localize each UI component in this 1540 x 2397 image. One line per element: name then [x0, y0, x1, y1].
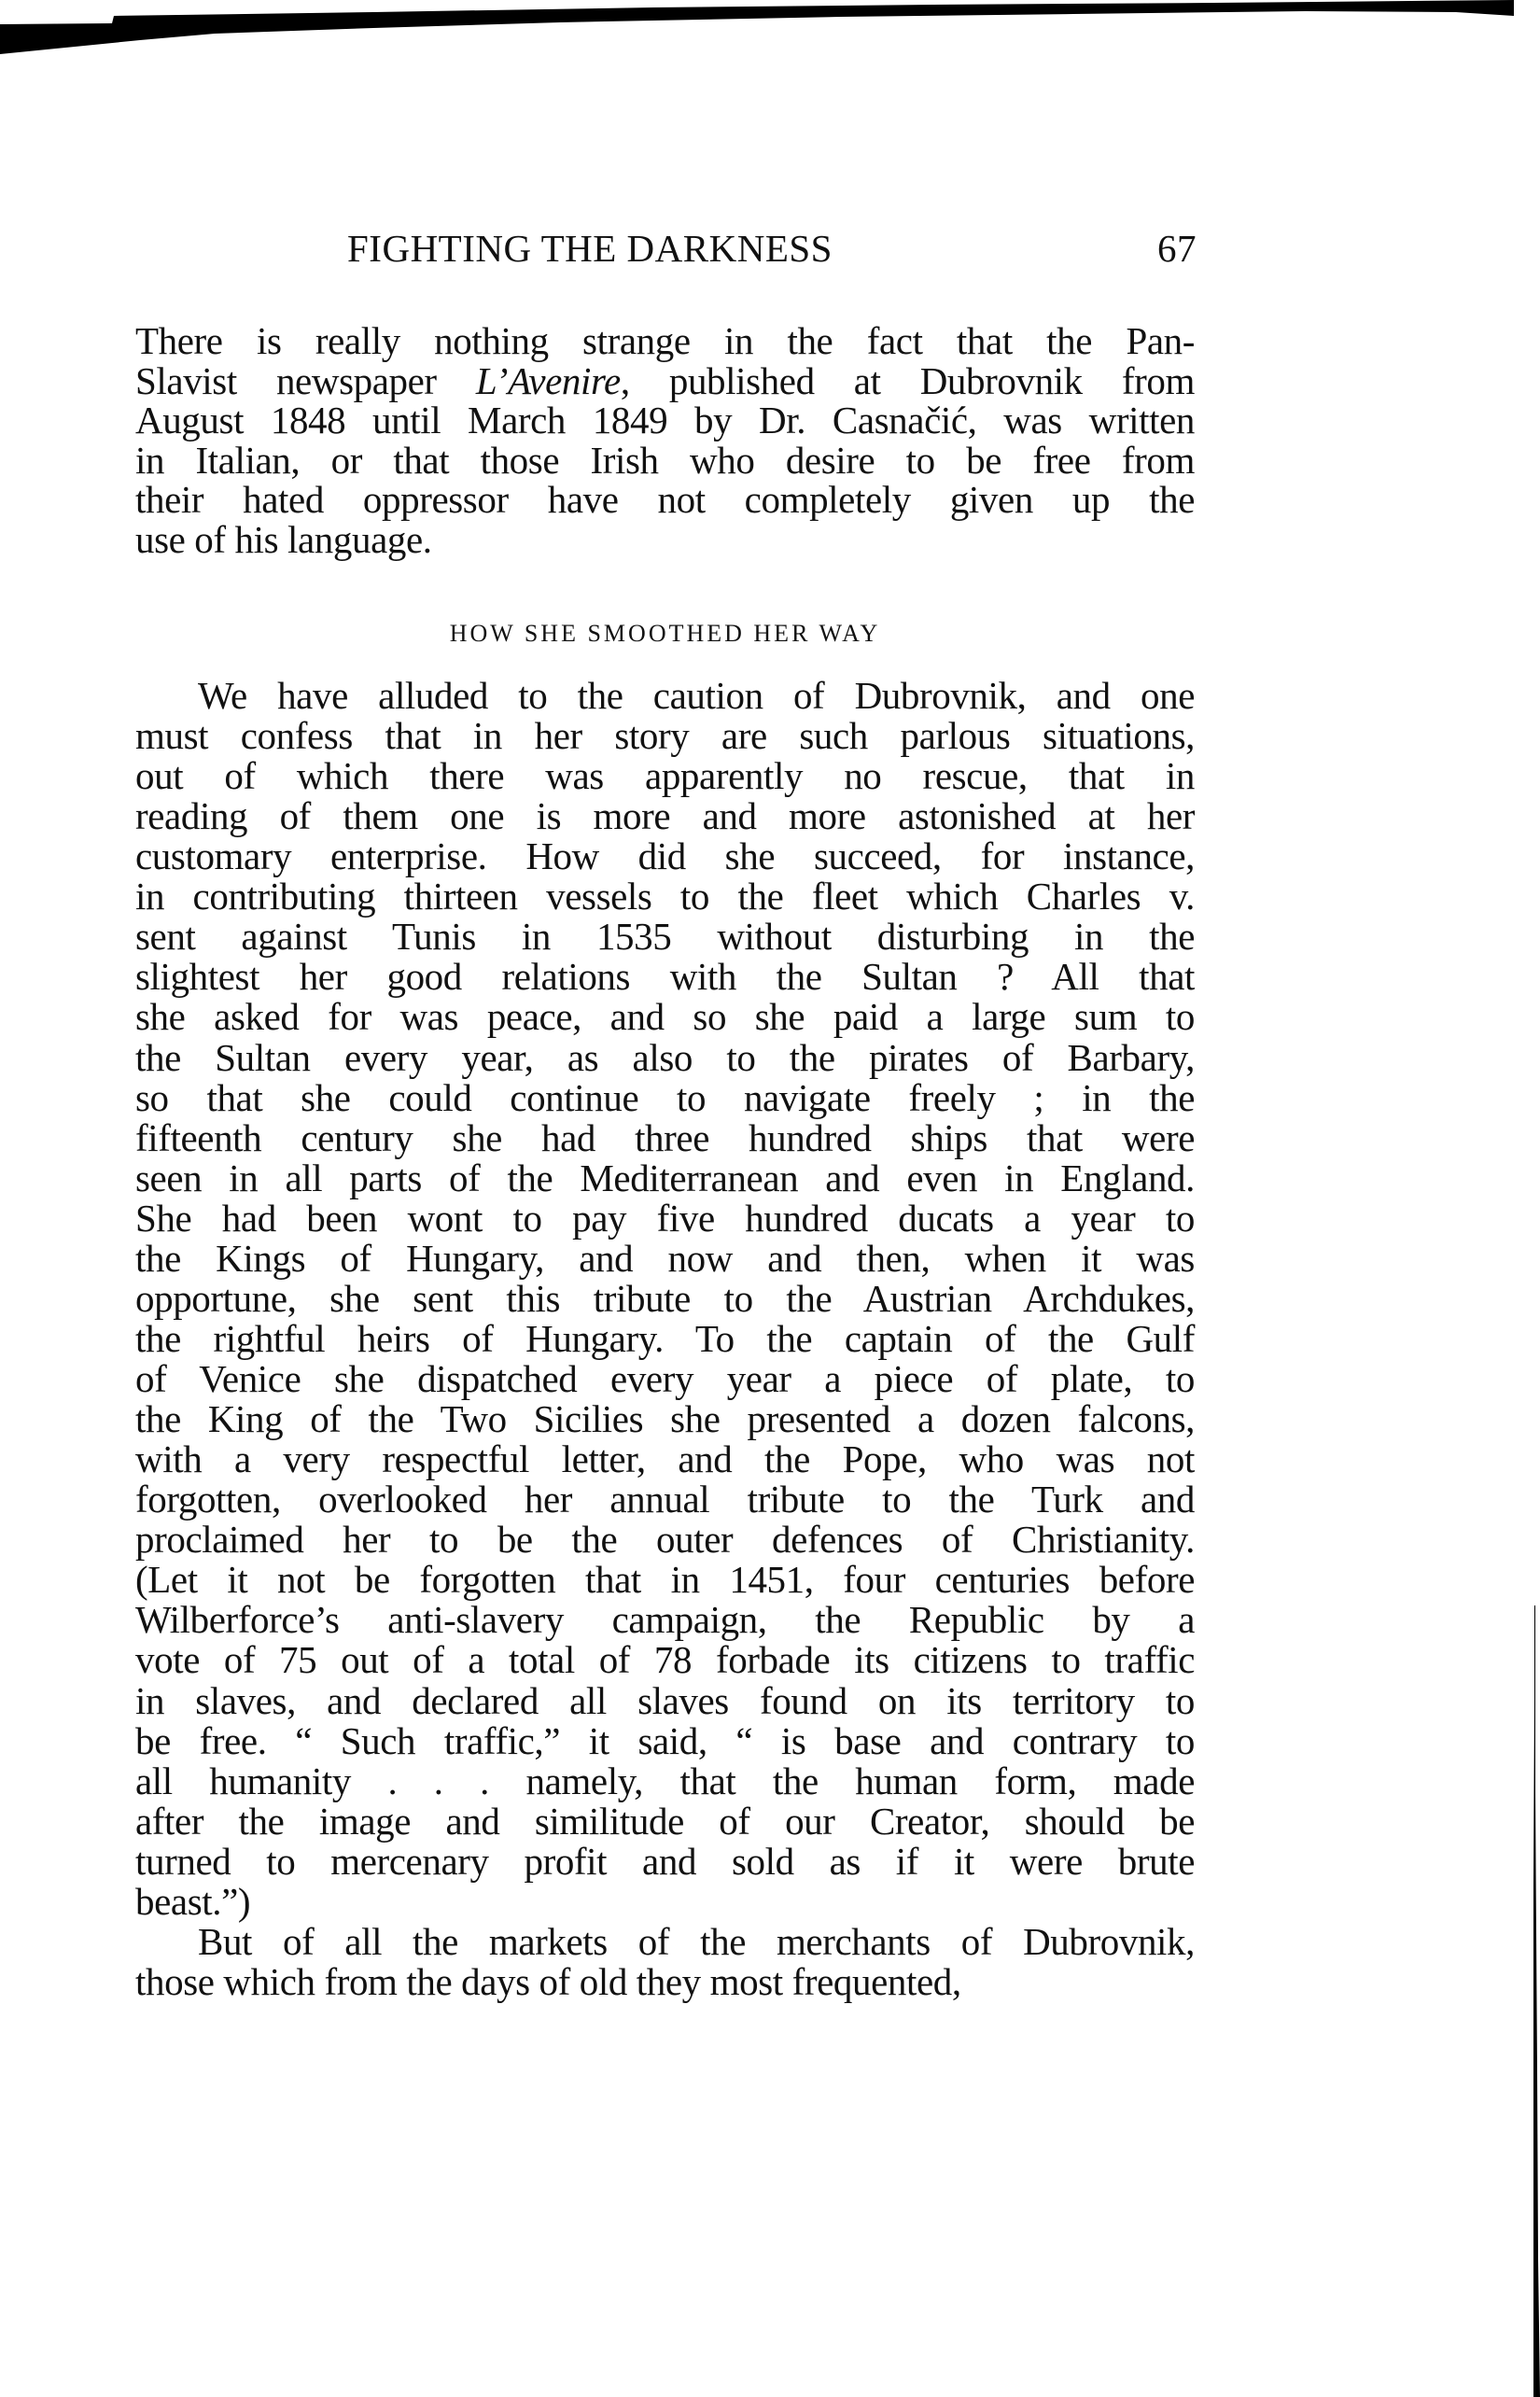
text-line: She had been wont to pay five hundred du… [135, 1198, 1195, 1239]
text-line: beast.”) [135, 1882, 1195, 1922]
text-line: their hated oppressor have not completel… [135, 480, 1195, 520]
text-line: opportune, she sent this tribute to the … [135, 1279, 1195, 1319]
text-line: in Italian, or that those Irish who desi… [135, 441, 1195, 481]
text-line: We have alluded to the caution of Dubrov… [198, 676, 1195, 716]
text-line: after the image and similitude of our Cr… [135, 1801, 1195, 1842]
text-line: of Venice she dispatched every year a pi… [135, 1359, 1195, 1399]
text-line: so that she could continue to navigate f… [135, 1078, 1195, 1118]
text-line: seen in all parts of the Mediterranean a… [135, 1158, 1195, 1198]
text-line: turned to mercenary profit and sold as i… [135, 1842, 1195, 1882]
text-line: fifteenth century she had three hundred … [135, 1118, 1195, 1158]
text-line: the Kings of Hungary, and now and then, … [135, 1239, 1195, 1279]
section-heading: HOW SHE SMOOTHED HER WAY [135, 620, 1195, 648]
text-line: be free. “ Such traffic,” it said, “ is … [135, 1721, 1195, 1761]
text-line: But of all the markets of the merchants … [198, 1922, 1195, 1962]
text-line: There is really nothing strange in the f… [135, 321, 1195, 361]
text-line: vote of 75 out of a total of 78 forbade … [135, 1640, 1195, 1680]
text-line: in contributing thirteen vessels to the … [135, 876, 1195, 917]
text-line: in slaves, and declared all slaves found… [135, 1681, 1195, 1721]
text-line: slightest her good relations with the Su… [135, 957, 1195, 997]
text-line: she asked for was peace, and so she paid… [135, 997, 1195, 1037]
text-line: Slavist newspaper L’Avenire, published a… [135, 361, 1195, 401]
text-line: Wilberforce’s anti-slavery campaign, the… [135, 1600, 1195, 1640]
scan-edge-shadow-top [0, 0, 1540, 65]
text-line: out of which there was apparently no res… [135, 756, 1195, 796]
text-line: sent against Tunis in 1535 without distu… [135, 917, 1195, 957]
text-line: (Let it not be forgotten that in 1451, f… [135, 1560, 1195, 1600]
text-line: forgotten, overlooked her annual tribute… [135, 1479, 1195, 1520]
text-line: use of his language. [135, 520, 1195, 560]
text-line: must confess that in her story are such … [135, 716, 1195, 756]
page-number: 67 [1157, 228, 1197, 269]
text-line: customary enterprise. How did she succee… [135, 836, 1195, 876]
text-line: the King of the Two Sicilies she present… [135, 1399, 1195, 1439]
text-line: those which from the days of old they mo… [135, 1962, 1195, 2002]
scan-edge-shadow-right [1531, 1605, 1540, 2397]
text-line: the Sultan every year, as also to the pi… [135, 1038, 1195, 1078]
running-head-title: FIGHTING THE DARKNESS [347, 228, 833, 269]
newspaper-title-italic: L’Avenire [476, 359, 621, 402]
text-line: reading of them one is more and more ast… [135, 796, 1195, 836]
running-head: FIGHTING THE DARKNESS 67 [347, 228, 1197, 269]
text-line: all humanity . . . namely, that the huma… [135, 1761, 1195, 1801]
text-line: proclaimed her to be the outer defences … [135, 1520, 1195, 1560]
text-line: the rightful heirs of Hungary. To the ca… [135, 1319, 1195, 1359]
text-line: with a very respectful letter, and the P… [135, 1439, 1195, 1479]
text-line: August 1848 until March 1849 by Dr. Casn… [135, 400, 1195, 441]
